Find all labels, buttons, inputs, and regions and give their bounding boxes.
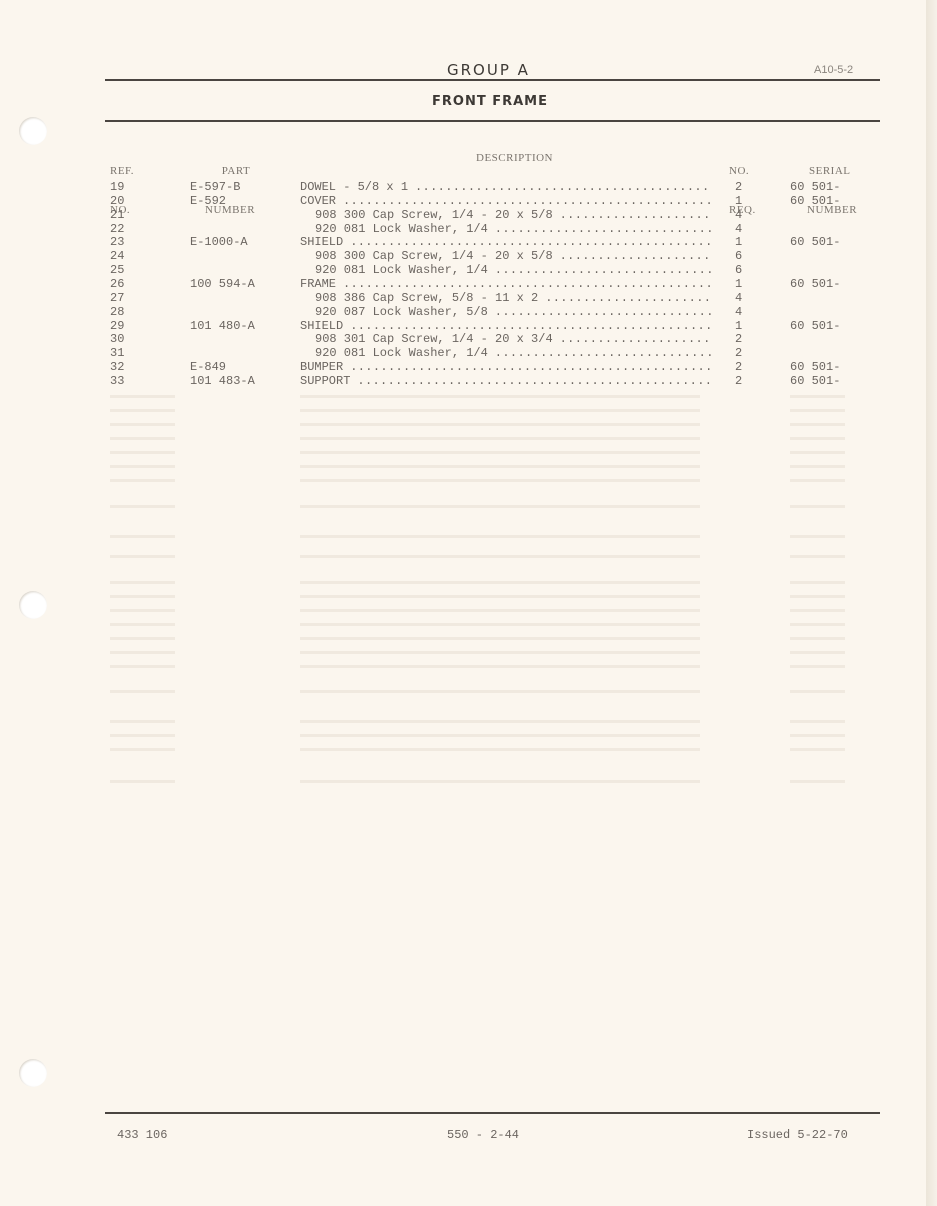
part-description: 920 081 Lock Washer, 1/4 <box>315 263 488 277</box>
table-row: 22920 081 Lock Washer, 1/4..............… <box>0 222 900 236</box>
dot-leader: ........................................… <box>343 194 712 208</box>
dot-leader: ........................................… <box>560 249 712 263</box>
bleed-through-line <box>110 437 175 440</box>
footer-rule <box>105 1112 880 1114</box>
bleed-through-line <box>300 595 700 598</box>
bleed-through-line <box>300 623 700 626</box>
serial-number: 60 501- <box>790 235 840 249</box>
bleed-through-line <box>110 479 175 482</box>
bleed-through-line <box>790 437 845 440</box>
dot-leader: ........................................… <box>350 360 712 374</box>
footer-doc-number: 433 106 <box>117 1128 167 1142</box>
table-row: 31920 081 Lock Washer, 1/4..............… <box>0 346 900 360</box>
bleed-through-line <box>790 609 845 612</box>
dot-leader: ........................................… <box>350 319 712 333</box>
serial-number: 60 501- <box>790 194 840 208</box>
part-description: SHIELD <box>300 319 343 333</box>
bleed-through-line <box>110 690 175 693</box>
bleed-through-line <box>110 535 175 538</box>
bleed-through-line <box>110 465 175 468</box>
bleed-through-line <box>110 595 175 598</box>
bleed-through-line <box>300 465 700 468</box>
part-description: 920 087 Lock Washer, 5/8 <box>315 305 488 319</box>
table-row: 33101 483-ASUPPORT......................… <box>0 374 900 388</box>
table-row: 21908 300 Cap Screw, 1/4 - 20 x 5/8.....… <box>0 208 900 222</box>
bleed-through-line <box>790 479 845 482</box>
serial-number: 60 501- <box>790 360 840 374</box>
section-title: FRONT FRAME <box>432 94 548 109</box>
serial-number: 60 501- <box>790 180 840 194</box>
ref-number: 27 <box>110 291 124 305</box>
ref-number: 33 <box>110 374 124 388</box>
bleed-through-line <box>110 651 175 654</box>
page-code: A10-5-2 <box>814 64 853 76</box>
bleed-through-line <box>300 720 700 723</box>
part-number: E-849 <box>190 360 226 374</box>
bleed-through-line <box>300 651 700 654</box>
quantity-required: 6 <box>735 263 742 277</box>
bleed-through-line <box>790 555 845 558</box>
quantity-required: 2 <box>735 360 742 374</box>
bleed-through-line <box>110 409 175 412</box>
footer-page-number: 550 - 2-44 <box>447 1128 519 1142</box>
bleed-through-line <box>110 505 175 508</box>
quantity-required: 1 <box>735 235 742 249</box>
table-row: 29101 480-ASHIELD.......................… <box>0 319 900 333</box>
footer-issue-date: Issued 5-22-70 <box>747 1128 848 1142</box>
bleed-through-line <box>110 609 175 612</box>
dot-leader: ........................................… <box>495 263 712 277</box>
dot-leader: ........................................… <box>560 208 712 222</box>
part-number: 101 483-A <box>190 374 255 388</box>
bleed-through-line <box>790 734 845 737</box>
binder-hole-top <box>19 117 47 145</box>
bleed-through-line <box>790 409 845 412</box>
ref-number: 31 <box>110 346 124 360</box>
bleed-through-line <box>790 720 845 723</box>
bleed-through-line <box>790 465 845 468</box>
dot-leader: ........................................… <box>415 180 712 194</box>
bleed-through-line <box>790 535 845 538</box>
bleed-through-line <box>300 690 700 693</box>
bleed-through-line <box>790 665 845 668</box>
bleed-through-line <box>790 505 845 508</box>
quantity-required: 6 <box>735 249 742 263</box>
ref-number: 23 <box>110 235 124 249</box>
serial-number: 60 501- <box>790 374 840 388</box>
bleed-through-line <box>300 780 700 783</box>
ref-number: 20 <box>110 194 124 208</box>
ref-number: 26 <box>110 277 124 291</box>
part-description: COVER <box>300 194 336 208</box>
part-number: 101 480-A <box>190 319 255 333</box>
bleed-through-line <box>790 637 845 640</box>
ref-number: 28 <box>110 305 124 319</box>
table-row: 23E-1000-ASHIELD........................… <box>0 235 900 249</box>
bleed-through-line <box>790 423 845 426</box>
bleed-through-line <box>110 665 175 668</box>
bleed-through-line <box>790 451 845 454</box>
bleed-through-line <box>110 451 175 454</box>
bleed-through-line <box>300 479 700 482</box>
bleed-through-line <box>300 395 700 398</box>
bleed-through-line <box>110 748 175 751</box>
quantity-required: 1 <box>735 277 742 291</box>
table-row: 32E-849BUMPER...........................… <box>0 360 900 374</box>
bleed-through-line <box>790 623 845 626</box>
ref-number: 22 <box>110 222 124 236</box>
bleed-through-line <box>300 505 700 508</box>
bleed-through-line <box>300 409 700 412</box>
bleed-through-line <box>300 748 700 751</box>
quantity-required: 2 <box>735 332 742 346</box>
part-number: 100 594-A <box>190 277 255 291</box>
bleed-through-line <box>790 595 845 598</box>
ref-number: 19 <box>110 180 124 194</box>
bleed-through-line <box>110 423 175 426</box>
table-row: 24908 300 Cap Screw, 1/4 - 20 x 5/8.....… <box>0 249 900 263</box>
binder-hole-bottom <box>19 1059 47 1087</box>
part-description: BUMPER <box>300 360 343 374</box>
bleed-through-line <box>300 423 700 426</box>
page-edge-shadow <box>926 0 937 1206</box>
col-header-description: DESCRIPTION <box>476 152 553 165</box>
bleed-through-line <box>790 748 845 751</box>
col-header-qty-line1: NO. <box>729 165 756 178</box>
bleed-through-line <box>110 581 175 584</box>
dot-leader: ........................................… <box>495 222 712 236</box>
bleed-through-line <box>790 581 845 584</box>
part-description: 908 300 Cap Screw, 1/4 - 20 x 5/8 <box>315 249 553 263</box>
quantity-required: 2 <box>735 180 742 194</box>
bleed-through-line <box>300 555 700 558</box>
bleed-through-line <box>790 690 845 693</box>
bleed-through-line <box>110 720 175 723</box>
dot-leader: ........................................… <box>560 332 712 346</box>
serial-number: 60 501- <box>790 319 840 333</box>
quantity-required: 1 <box>735 319 742 333</box>
part-description: 908 301 Cap Screw, 1/4 - 20 x 3/4 <box>315 332 553 346</box>
part-description: 908 300 Cap Screw, 1/4 - 20 x 5/8 <box>315 208 553 222</box>
part-description: 920 081 Lock Washer, 1/4 <box>315 222 488 236</box>
ref-number: 25 <box>110 263 124 277</box>
serial-number: 60 501- <box>790 277 840 291</box>
dot-leader: ........................................… <box>343 277 712 291</box>
dot-leader: ........................................… <box>495 346 712 360</box>
bleed-through-line <box>300 609 700 612</box>
bleed-through-line <box>790 395 845 398</box>
table-row: 27908 386 Cap Screw, 5/8 - 11 x 2.......… <box>0 291 900 305</box>
part-description: FRAME <box>300 277 336 291</box>
quantity-required: 2 <box>735 374 742 388</box>
dot-leader: ........................................… <box>350 235 712 249</box>
quantity-required: 4 <box>735 305 742 319</box>
bleed-through-line <box>300 665 700 668</box>
bleed-through-line <box>790 651 845 654</box>
table-row: 28920 087 Lock Washer, 5/8..............… <box>0 305 900 319</box>
quantity-required: 1 <box>735 194 742 208</box>
table-row: 30908 301 Cap Screw, 1/4 - 20 x 3/4.....… <box>0 332 900 346</box>
table-row: 20E-592COVER............................… <box>0 194 900 208</box>
bleed-through-line <box>110 780 175 783</box>
bleed-through-line <box>110 555 175 558</box>
bleed-through-line <box>300 581 700 584</box>
quantity-required: 4 <box>735 208 742 222</box>
ref-number: 30 <box>110 332 124 346</box>
header-rule-bottom <box>105 120 880 122</box>
quantity-required: 4 <box>735 291 742 305</box>
group-title: GROUP A <box>447 61 530 79</box>
part-description: SHIELD <box>300 235 343 249</box>
bleed-through-line <box>790 780 845 783</box>
binder-hole-middle <box>19 591 47 619</box>
col-header-part-line1: PART <box>205 165 255 178</box>
part-description: 920 081 Lock Washer, 1/4 <box>315 346 488 360</box>
part-number: E-592 <box>190 194 226 208</box>
part-number: E-597-B <box>190 180 240 194</box>
dot-leader: ........................................… <box>545 291 712 305</box>
part-description: SUPPORT <box>300 374 350 388</box>
table-row: 19E-597-BDOWEL - 5/8 x 1................… <box>0 180 900 194</box>
quantity-required: 2 <box>735 346 742 360</box>
bleed-through-line <box>300 535 700 538</box>
dot-leader: ........................................… <box>357 374 712 388</box>
ref-number: 21 <box>110 208 124 222</box>
ref-number: 24 <box>110 249 124 263</box>
bleed-through-line <box>110 395 175 398</box>
table-row: 25920 081 Lock Washer, 1/4..............… <box>0 263 900 277</box>
bleed-through-line <box>300 734 700 737</box>
ref-number: 32 <box>110 360 124 374</box>
bleed-through-line <box>110 734 175 737</box>
col-header-ref-line1: REF. <box>110 165 134 178</box>
part-number: E-1000-A <box>190 235 248 249</box>
table-row: 26100 594-AFRAME........................… <box>0 277 900 291</box>
header-rule-top <box>105 79 880 81</box>
bleed-through-line <box>110 637 175 640</box>
col-header-serial-line1: SERIAL <box>807 165 857 178</box>
bleed-through-line <box>300 451 700 454</box>
bleed-through-line <box>300 437 700 440</box>
ref-number: 29 <box>110 319 124 333</box>
quantity-required: 4 <box>735 222 742 236</box>
bleed-through-line <box>300 637 700 640</box>
dot-leader: ........................................… <box>495 305 712 319</box>
bleed-through-line <box>110 623 175 626</box>
part-description: 908 386 Cap Screw, 5/8 - 11 x 2 <box>315 291 538 305</box>
part-description: DOWEL - 5/8 x 1 <box>300 180 408 194</box>
